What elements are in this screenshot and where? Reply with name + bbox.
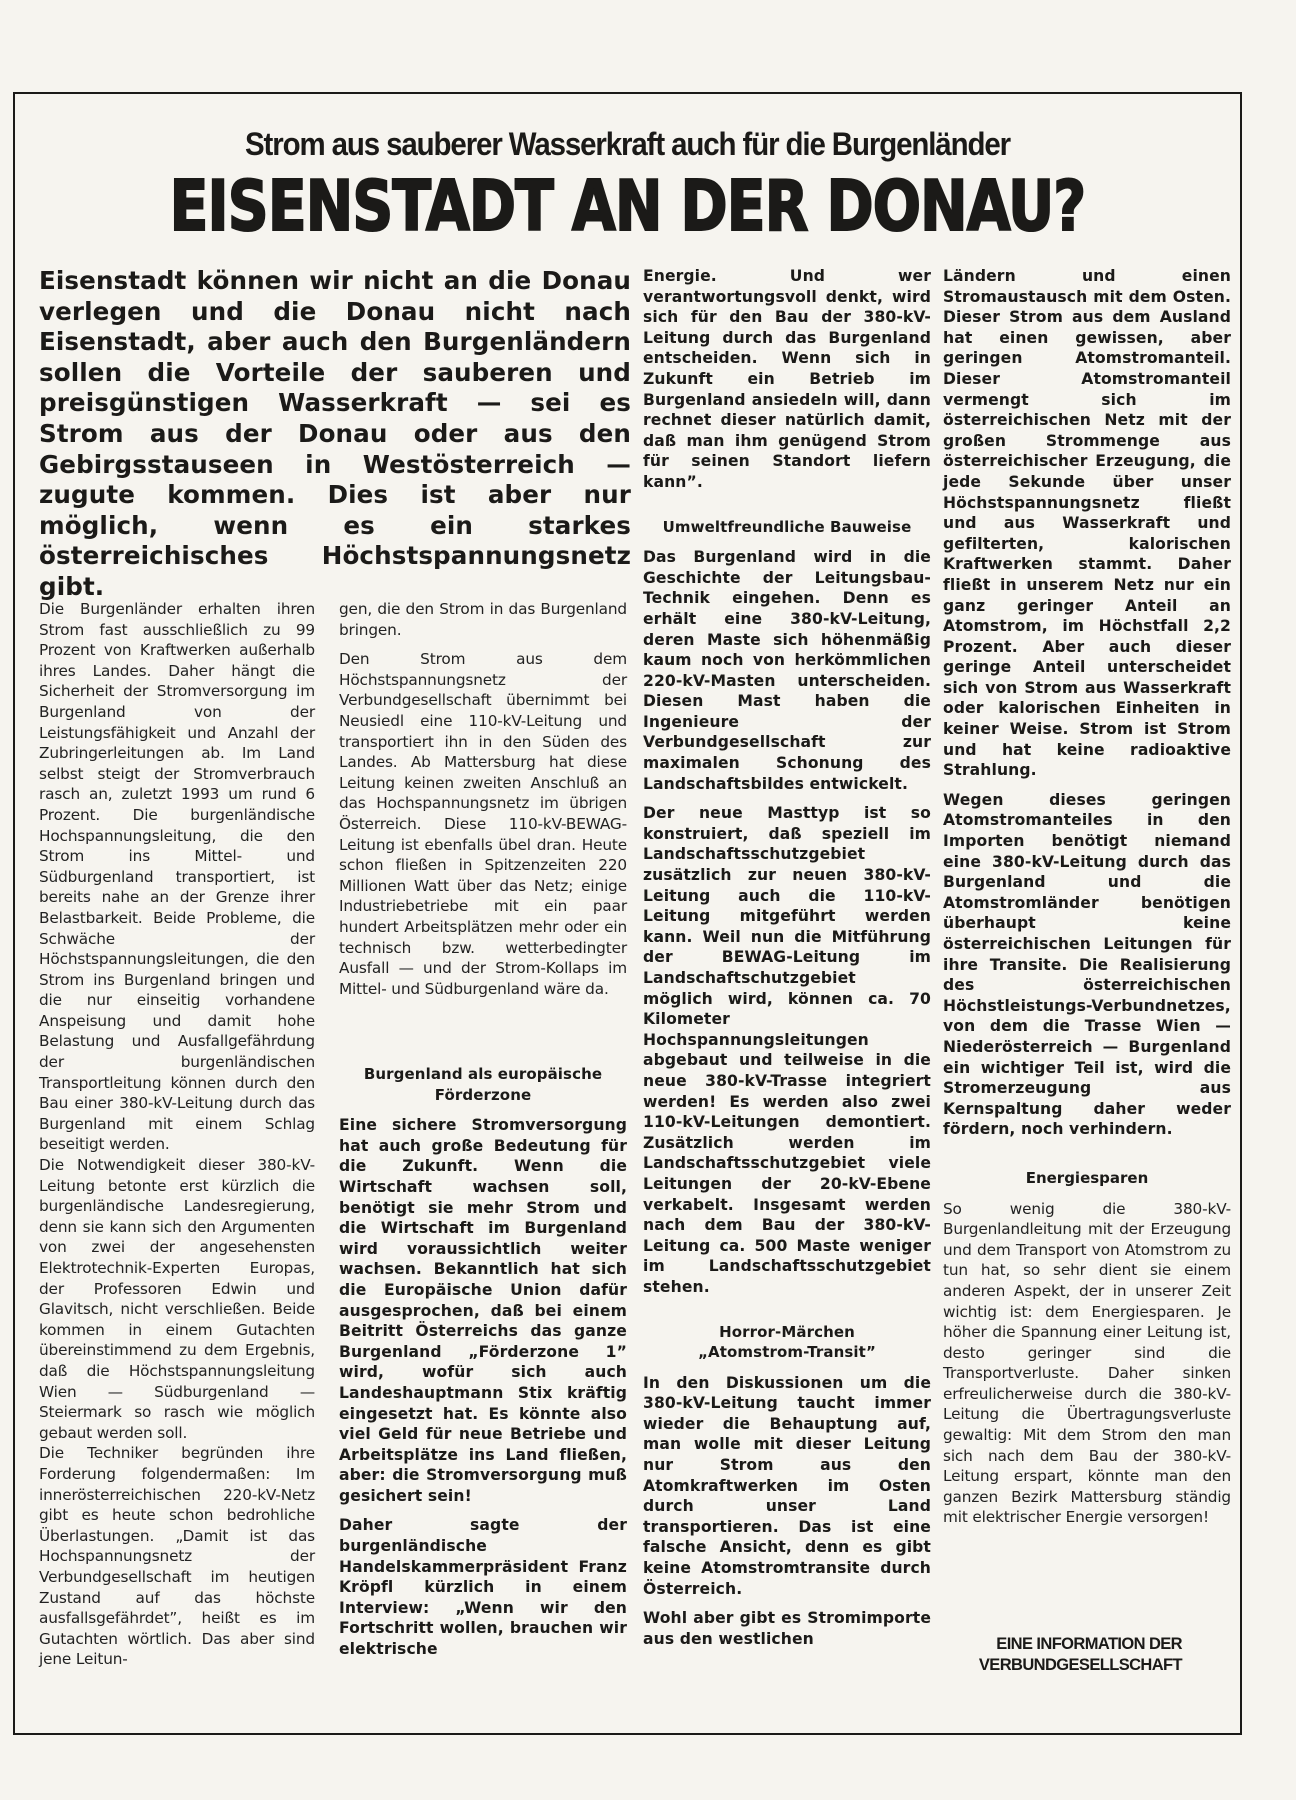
column-1: Die Burgenländer erhalten ihren Strom fa… xyxy=(39,599,315,1670)
advertorial-frame: Strom aus sauberer Wasserkraft auch für … xyxy=(13,92,1242,1735)
body-paragraph: Eine sichere Stromversorgung hat auch gr… xyxy=(339,1115,627,1506)
section-heading: „Atomstrom-Transit” xyxy=(643,1342,931,1363)
body-paragraph: Daher sagte der burgenländische Handelsk… xyxy=(339,1515,627,1659)
body-paragraph: Das Burgenland wird in die Geschichte de… xyxy=(643,547,931,794)
body-paragraph: Den Strom aus dem Höchstspannungsnetz de… xyxy=(339,649,627,999)
main-headline: EISENSTADT AN DER DONAU? xyxy=(101,170,1155,244)
section-heading: Burgenland als europäische Förderzone xyxy=(339,1064,627,1105)
body-paragraph: In den Diskussionen um die 380-kV-Leitun… xyxy=(643,1373,931,1600)
body-paragraph: Ländern und einen Stromaustausch mit dem… xyxy=(943,266,1231,781)
body-paragraph: Die Notwendigkeit dieser 380-kV-Leitung … xyxy=(39,1155,315,1443)
lead-paragraph: Eisenstadt können wir nicht an die Donau… xyxy=(39,266,631,603)
column-3: Energie. Und wer verantwortungsvoll denk… xyxy=(643,266,931,1649)
body-paragraph: Wohl aber gibt es Stromimporte aus den w… xyxy=(643,1608,931,1649)
kicker-headline: Strom aus sauberer Wasserkraft auch für … xyxy=(64,126,1191,163)
section-heading: Energiesparen xyxy=(943,1168,1231,1189)
body-paragraph: Wegen dieses geringen Atomstromanteiles … xyxy=(943,790,1231,1140)
signature-line: EINE INFORMATION DER xyxy=(979,1634,1182,1655)
body-paragraph: Die Techniker begründen ihre Forderung f… xyxy=(39,1443,315,1670)
signature-line: VERBUNDGESELLSCHAFT xyxy=(979,1655,1182,1676)
column-2-bold: Burgenland als europäische Förderzone Ei… xyxy=(339,1064,627,1660)
section-heading: Umweltfreundliche Bauweise xyxy=(643,517,931,538)
publisher-signature: EINE INFORMATION DER VERBUNDGESELLSCHAFT xyxy=(979,1634,1182,1676)
body-paragraph: Der neue Masttyp ist so konstruiert, daß… xyxy=(643,803,931,1297)
body-paragraph: Die Burgenländer erhalten ihren Strom fa… xyxy=(39,599,315,1155)
body-paragraph: Energie. Und wer verantwortungsvoll denk… xyxy=(643,266,931,493)
column-4: Ländern und einen Stromaustausch mit dem… xyxy=(943,266,1231,1528)
column-2: gen, die den Strom in das Burgenland bri… xyxy=(339,599,627,999)
body-paragraph: So wenig die 380-kV-Burgenlandleitung mi… xyxy=(943,1199,1231,1529)
body-paragraph: gen, die den Strom in das Burgenland bri… xyxy=(339,599,627,640)
section-heading: Horror-Märchen xyxy=(643,1322,931,1343)
